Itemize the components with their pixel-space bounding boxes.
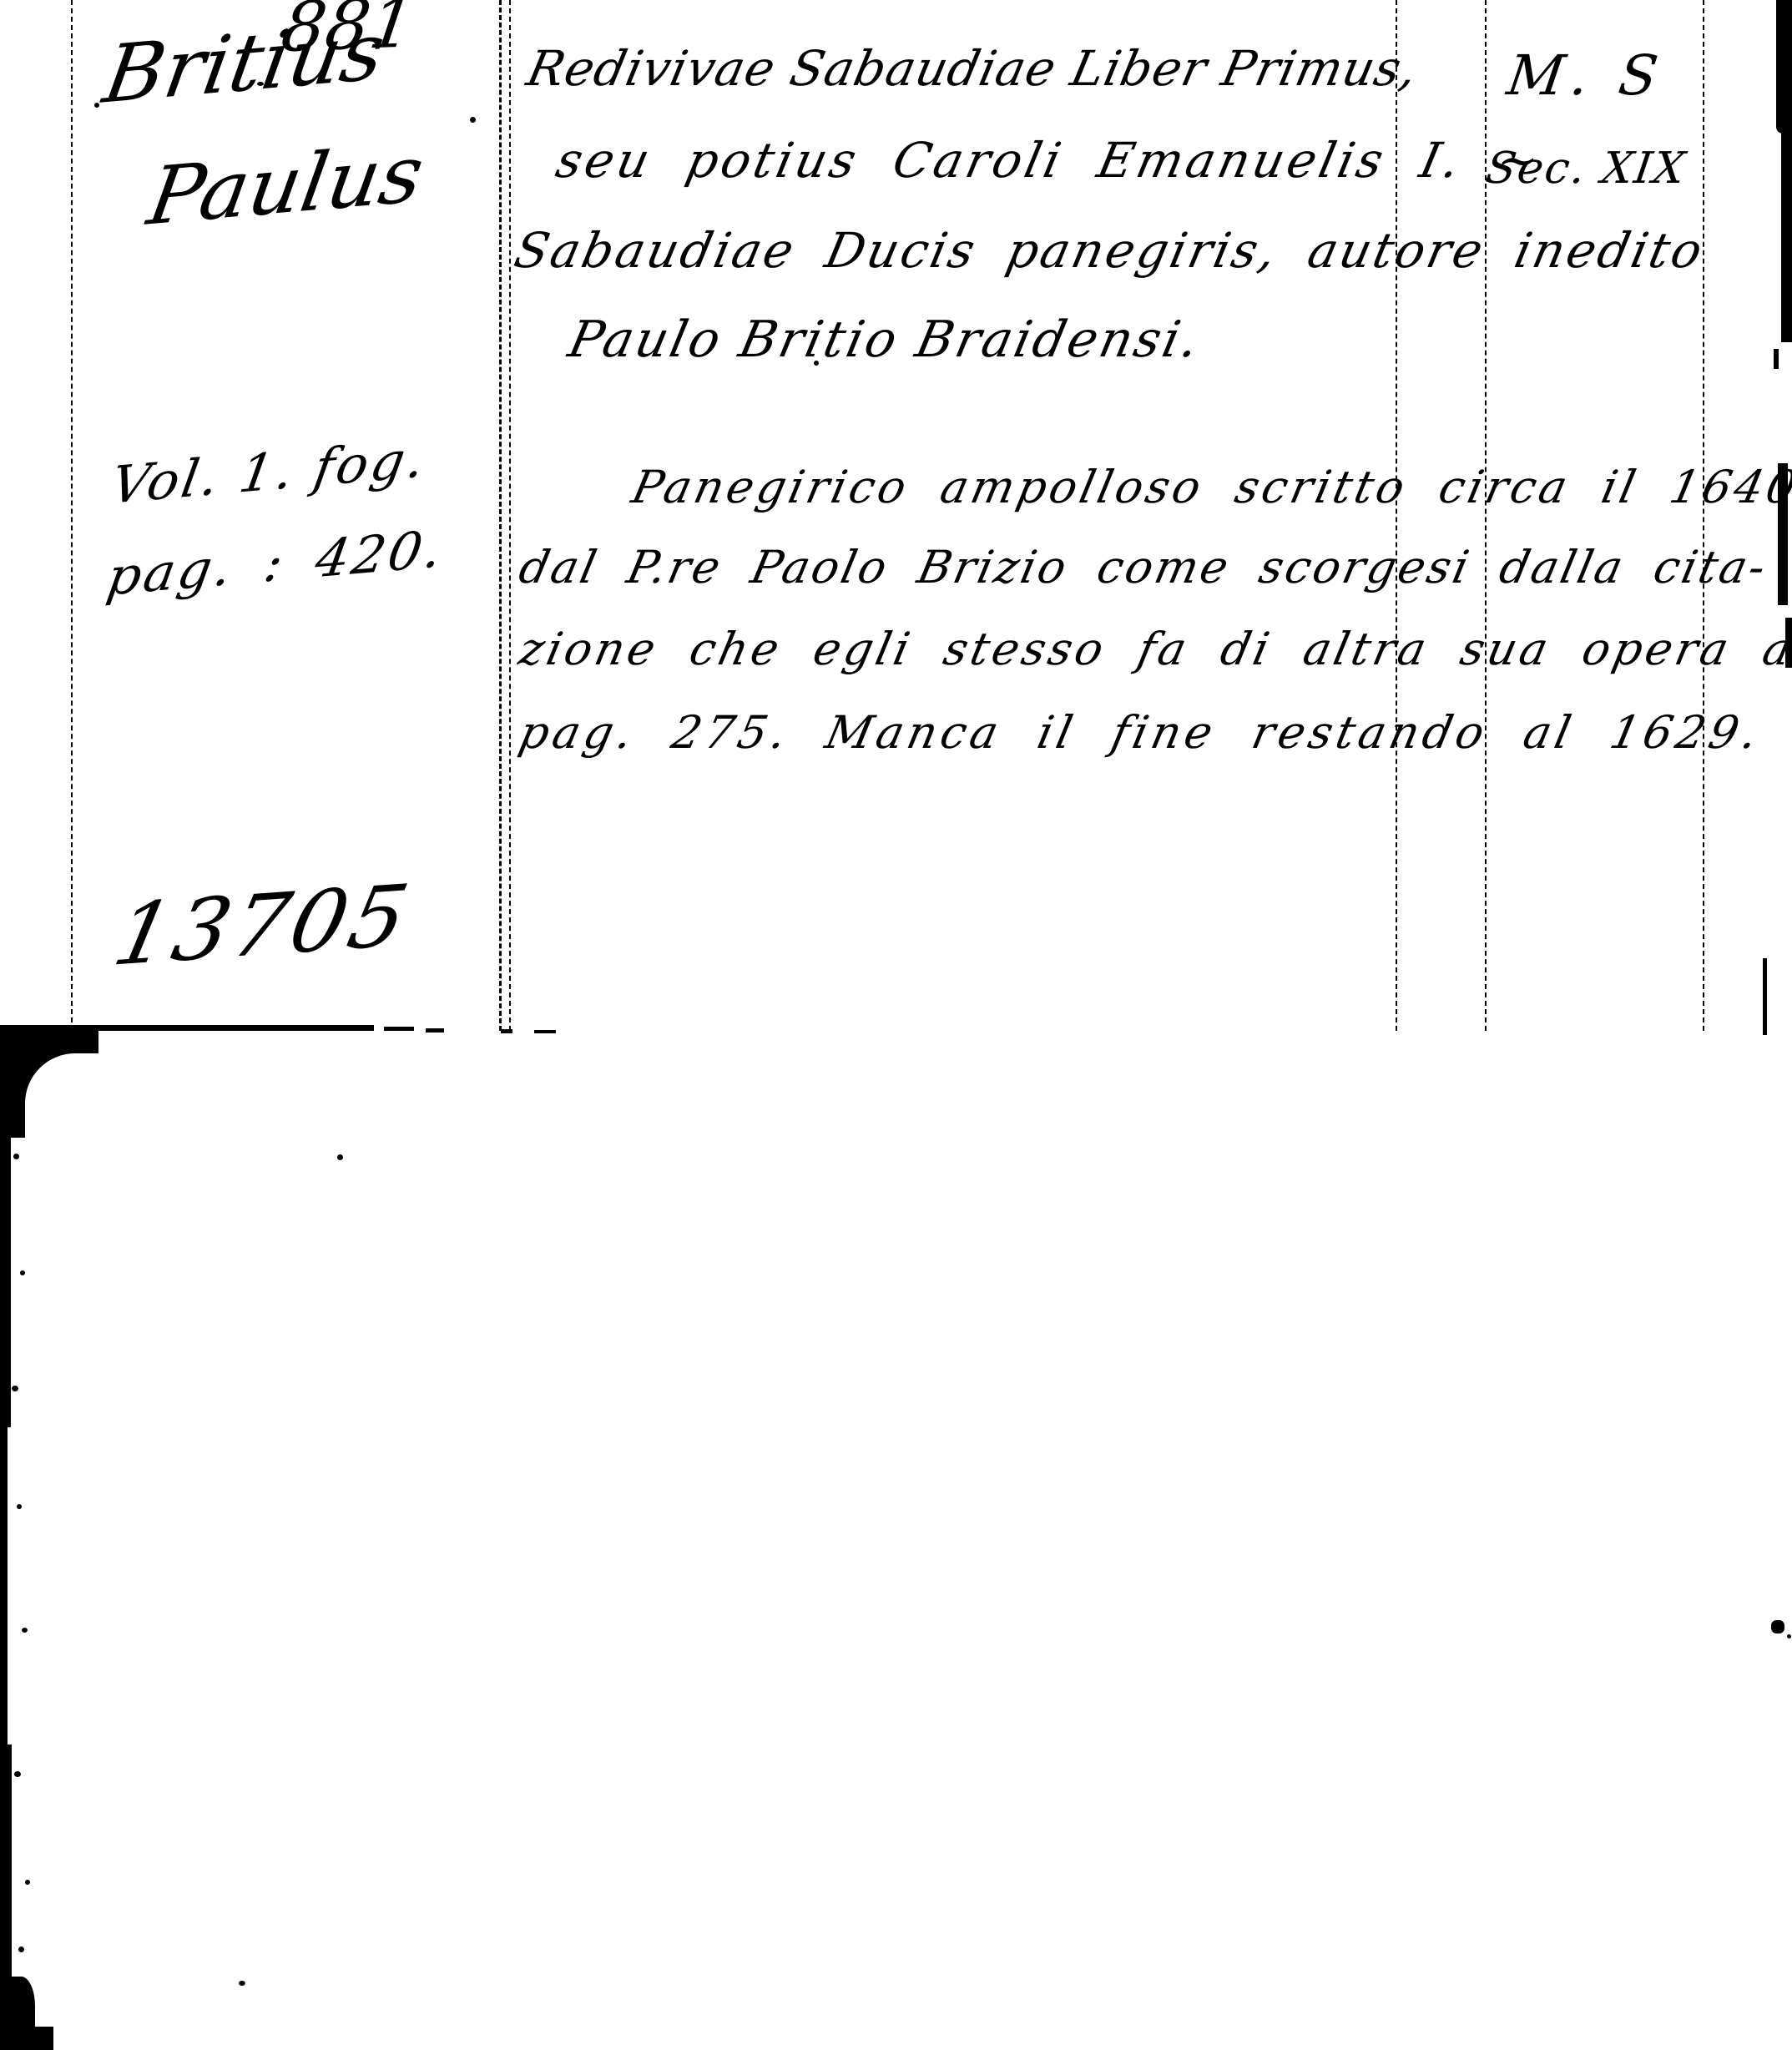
- scan-speck: [257, 82, 264, 86]
- right-rule-3: [1703, 0, 1704, 1031]
- scan-speck: [94, 103, 99, 108]
- scan-artifact-right-edge: [1776, 0, 1792, 134]
- title-line-4: Paulo Britio Braidensi.: [563, 311, 1206, 369]
- scan-speck: [470, 117, 476, 123]
- scan-speck: [337, 1154, 343, 1160]
- scan-artifact-right-edge: [1785, 618, 1792, 668]
- note-line-4: pag. 275. Manca il fine restando al 1629…: [515, 706, 1767, 759]
- title-line-2: seu potius Caroli Emanuelis I. ~: [552, 132, 1548, 189]
- scan-artifact-right-edge: [1778, 463, 1788, 605]
- extent-volume: Vol. 1. fog.: [107, 428, 432, 516]
- scan-artifact-ink-blob: [1771, 1620, 1784, 1633]
- scan-speck: [17, 1504, 22, 1509]
- scan-artifact-left-edge: [0, 1427, 8, 1745]
- left-margin-rule: [71, 0, 73, 1031]
- scan-speck: [22, 1628, 28, 1633]
- catalog-card-scan: 881 Britius Paulus Vol. 1. fog. pag. : 4…: [0, 0, 1792, 2050]
- scan-speck: [20, 1270, 25, 1275]
- column-divider-rule: [499, 0, 502, 1031]
- scan-speck: [1787, 1634, 1791, 1638]
- extent-pages: pag. : 420.: [103, 518, 448, 608]
- scan-artifact-right-edge: [1763, 958, 1767, 1035]
- shelfmark: 13705: [105, 866, 419, 986]
- author-surname: Britius: [98, 4, 391, 121]
- scan-artifact-left-edge-blob: [0, 2027, 53, 2050]
- scan-artifact-card-bottom-edge: [426, 1028, 444, 1033]
- scan-artifact-right-edge: [1774, 349, 1779, 369]
- manuscript-mark: M. S: [1503, 43, 1668, 108]
- note-line-1: Panegirico ampolloso scritto circa il 16…: [628, 461, 1792, 513]
- scan-artifact-card-bottom-edge: [534, 1030, 556, 1033]
- scan-speck: [239, 1981, 245, 1986]
- author-forename: Paulus: [142, 127, 430, 244]
- column-divider-rule-2: [509, 0, 511, 1031]
- scan-speck: [18, 1946, 24, 1952]
- scan-artifact-card-bottom-edge: [501, 1029, 512, 1033]
- scan-artifact-card-bottom-edge: [384, 1027, 414, 1031]
- century-mark: Sec. XIX: [1483, 144, 1690, 194]
- scan-artifact-left-edge: [0, 1110, 11, 1427]
- title-line-3: Sabaudiae Ducis panegiris, autore inedit…: [510, 222, 1710, 279]
- scan-speck: [13, 1154, 19, 1159]
- scan-artifact-card-corner: [25, 1053, 242, 1270]
- scan-speck: [14, 1771, 21, 1777]
- title-line-1: Redivivae Sabaudiae Liber Primus,: [522, 40, 1423, 97]
- scan-artifact-left-edge: [0, 1745, 12, 1995]
- scan-speck: [25, 1880, 30, 1885]
- scan-artifact-right-edge: [1781, 134, 1792, 342]
- note-line-3: zione che egli stesso fa di altra sua op…: [515, 623, 1792, 675]
- note-line-2: dal P.re Paolo Brizio come scorgesi dall…: [515, 541, 1773, 593]
- scan-speck: [12, 1386, 18, 1391]
- scan-speck: [814, 361, 819, 366]
